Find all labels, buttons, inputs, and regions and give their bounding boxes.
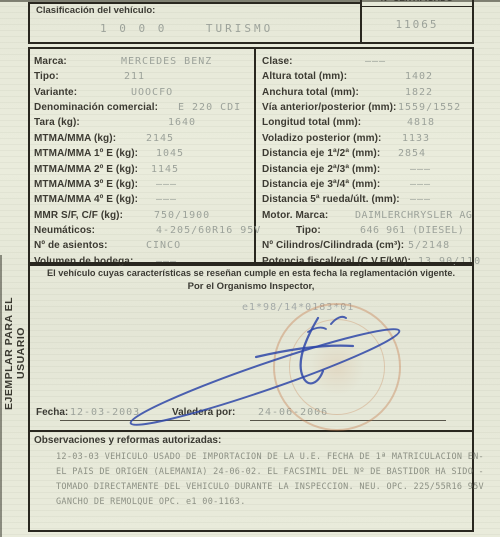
spec-label: MTMA/MMA 1º E (kg): bbox=[34, 148, 138, 159]
spec-row: Vía anterior/posterior (mm): 1559/1552 bbox=[262, 101, 472, 116]
spec-row: Altura total (mm): 1402 bbox=[262, 70, 472, 85]
spec-value: 1045 bbox=[156, 148, 184, 159]
spec-value: 1133 bbox=[402, 133, 430, 144]
spec-row: MTMA/MMA 4º E (kg): ——— bbox=[34, 193, 252, 208]
spec-value: UOOCFO bbox=[131, 87, 173, 98]
spec-value: ——— bbox=[365, 56, 386, 67]
fecha-underline bbox=[60, 420, 190, 421]
certificate-number: 11065 bbox=[362, 18, 472, 31]
spec-row: Anchura total (mm): 1822 bbox=[262, 86, 472, 101]
round-stamp-core bbox=[309, 339, 365, 395]
spec-row: Distancia 5ª rueda/últ. (mm): ——— bbox=[262, 193, 472, 208]
spec-row: Tara (kg): 1640 bbox=[34, 116, 252, 131]
spec-label: Anchura total (mm): bbox=[262, 87, 359, 98]
spec-value: ——— bbox=[410, 179, 431, 190]
observations-label: Observaciones y reformas autorizadas: bbox=[34, 435, 221, 446]
spec-label: Motor. Marca: bbox=[262, 210, 328, 221]
compliance-statement: El vehículo cuyas características se res… bbox=[30, 268, 472, 278]
spec-row: Distancia eje 1ª/2ª (mm): 2854 bbox=[262, 147, 472, 162]
spec-value: 2854 bbox=[398, 148, 426, 159]
observations-line: 12-03-03 VEHICULO USADO DE IMPORTACION D… bbox=[56, 452, 472, 467]
spec-label: Distancia eje 1ª/2ª (mm): bbox=[262, 148, 380, 159]
classification-value: 1 0 0 0 TURISMO bbox=[100, 22, 273, 35]
side-copy-label: EJEMPLAR PARA EL USUARIO bbox=[3, 278, 25, 428]
spec-value: 211 bbox=[124, 71, 145, 82]
spec-label: Longitud total (mm): bbox=[262, 117, 361, 128]
spec-row: Variante: UOOCFO bbox=[34, 86, 252, 101]
inspection-box: El vehículo cuyas características se res… bbox=[28, 262, 474, 532]
spec-value: E 220 CDI bbox=[178, 102, 241, 113]
spec-row: Nº Cilindros/Cilindrada (cm³): 5/2148 bbox=[262, 239, 472, 254]
spec-value: CINCO bbox=[146, 240, 181, 251]
spec-value: 750/1900 bbox=[154, 210, 210, 221]
classification-label: Clasificación del vehículo: bbox=[36, 5, 155, 16]
fecha-label: Fecha: bbox=[36, 407, 68, 418]
scan-left-edge bbox=[0, 255, 2, 537]
spec-row: Denominación comercial: E 220 CDI bbox=[34, 101, 252, 116]
spec-label: Neumáticos: bbox=[34, 225, 95, 236]
inspector-line: Por el Organismo Inspector, bbox=[30, 281, 472, 292]
spec-label: Tara (kg): bbox=[34, 117, 80, 128]
spec-row: Motor. Marca: DAIMLERCHRYSLER AG bbox=[262, 209, 472, 224]
spec-value: 5/2148 bbox=[408, 240, 450, 251]
spec-value: ——— bbox=[410, 164, 431, 175]
certificate-box: Nº CERTIFICADO 11065 bbox=[360, 0, 474, 44]
spec-value: 1822 bbox=[405, 87, 433, 98]
spec-value: ——— bbox=[156, 194, 177, 205]
spec-label: MTMA/MMA 3º E (kg): bbox=[34, 179, 138, 190]
fecha-value: 12-03-2003 bbox=[70, 407, 140, 418]
spec-value: 646 961 (DIESEL) bbox=[360, 225, 464, 236]
valedera-label: Valedera por: bbox=[172, 407, 235, 418]
spec-value: ——— bbox=[410, 194, 431, 205]
spec-label: Variante: bbox=[34, 87, 77, 98]
spec-row: MTMA/MMA 3º E (kg): ——— bbox=[34, 178, 252, 193]
spec-label: Nº Cilindros/Cilindrada (cm³): bbox=[262, 240, 404, 251]
scanned-certificate: Clasificación del vehículo: 1 0 0 0 TURI… bbox=[0, 0, 500, 537]
spec-row: Marca: MERCEDES BENZ bbox=[34, 55, 252, 70]
spec-label: Altura total (mm): bbox=[262, 71, 347, 82]
spec-value: 4-205/60R16 95V bbox=[156, 225, 261, 236]
observations-line: GANCHO DE REMOLQUE OPC. e1 00-1163. bbox=[56, 497, 472, 512]
observations-line: TOMADO DIRECTAMENTE DEL VEHICULO DURANTE… bbox=[56, 482, 472, 497]
spec-value: 1402 bbox=[405, 71, 433, 82]
specs-box: Marca: MERCEDES BENZ Tipo: 211 Variante:… bbox=[28, 47, 474, 266]
spec-label: Nº de asientos: bbox=[34, 240, 108, 251]
spec-value: 2145 bbox=[146, 133, 174, 144]
spec-row: Longitud total (mm): 4818 bbox=[262, 116, 472, 131]
spec-value: 1559/1552 bbox=[398, 102, 461, 113]
round-stamp bbox=[273, 303, 401, 431]
spec-label: Distancia eje 2ª/3ª (mm): bbox=[262, 164, 380, 175]
spec-row: MTMA/MMA 2º E (kg): 1145 bbox=[34, 163, 252, 178]
spec-value: 4818 bbox=[407, 117, 435, 128]
spec-row: MTMA/MMA (kg): 2145 bbox=[34, 132, 252, 147]
spec-label: Clase: bbox=[262, 56, 293, 67]
spec-label: MTMA/MMA (kg): bbox=[34, 133, 116, 144]
spec-label: Voladizo posterior (mm): bbox=[262, 133, 381, 144]
spec-label: Denominación comercial: bbox=[34, 102, 158, 113]
spec-row: Voladizo posterior (mm): 1133 bbox=[262, 132, 472, 147]
spec-label: Marca: bbox=[34, 56, 67, 67]
spec-row: Tipo: 646 961 (DIESEL) bbox=[262, 224, 472, 239]
spec-row: Tipo: 211 bbox=[34, 70, 252, 85]
spec-label: Distancia 5ª rueda/últ. (mm): bbox=[262, 194, 400, 205]
spec-row: MMR S/F, C/F (kg): 750/1900 bbox=[34, 209, 252, 224]
spec-label: MTMA/MMA 4º E (kg): bbox=[34, 194, 138, 205]
spec-value: DAIMLERCHRYSLER AG bbox=[355, 210, 472, 221]
observations-divider bbox=[30, 430, 472, 432]
observations-text: 12-03-03 VEHICULO USADO DE IMPORTACION D… bbox=[56, 452, 472, 512]
classification-box: Clasificación del vehículo: 1 0 0 0 TURI… bbox=[28, 2, 362, 44]
spec-value: 1145 bbox=[151, 164, 179, 175]
observations-line: EL PAIS DE ORIGEN (ALEMANIA) 24-06-02. E… bbox=[56, 467, 472, 482]
spec-row: Distancia eje 2ª/3ª (mm): ——— bbox=[262, 163, 472, 178]
spec-row: Neumáticos: 4-205/60R16 95V bbox=[34, 224, 252, 239]
spec-row: Nº de asientos: CINCO bbox=[34, 239, 252, 254]
spec-label: Vía anterior/posterior (mm): bbox=[262, 102, 397, 113]
spec-row: Distancia eje 3ª/4ª (mm): ——— bbox=[262, 178, 472, 193]
spec-row: Clase: ——— bbox=[262, 55, 472, 70]
spec-value: ——— bbox=[156, 179, 177, 190]
certificate-divider bbox=[362, 6, 472, 7]
certificate-label: Nº CERTIFICADO bbox=[362, 0, 472, 3]
specs-right-column: Clase: ——— Altura total (mm): 1402 Anchu… bbox=[262, 55, 472, 260]
spec-label: MMR S/F, C/F (kg): bbox=[34, 210, 123, 221]
specs-left-column: Marca: MERCEDES BENZ Tipo: 211 Variante:… bbox=[34, 55, 252, 260]
spec-label: Tipo: bbox=[34, 71, 59, 82]
spec-value: 1640 bbox=[168, 117, 196, 128]
spec-label: Distancia eje 3ª/4ª (mm): bbox=[262, 179, 380, 190]
spec-label: MTMA/MMA 2º E (kg): bbox=[34, 164, 138, 175]
spec-value: MERCEDES BENZ bbox=[121, 56, 212, 67]
spec-label: Tipo: bbox=[262, 225, 321, 236]
spec-row: MTMA/MMA 1º E (kg): 1045 bbox=[34, 147, 252, 162]
